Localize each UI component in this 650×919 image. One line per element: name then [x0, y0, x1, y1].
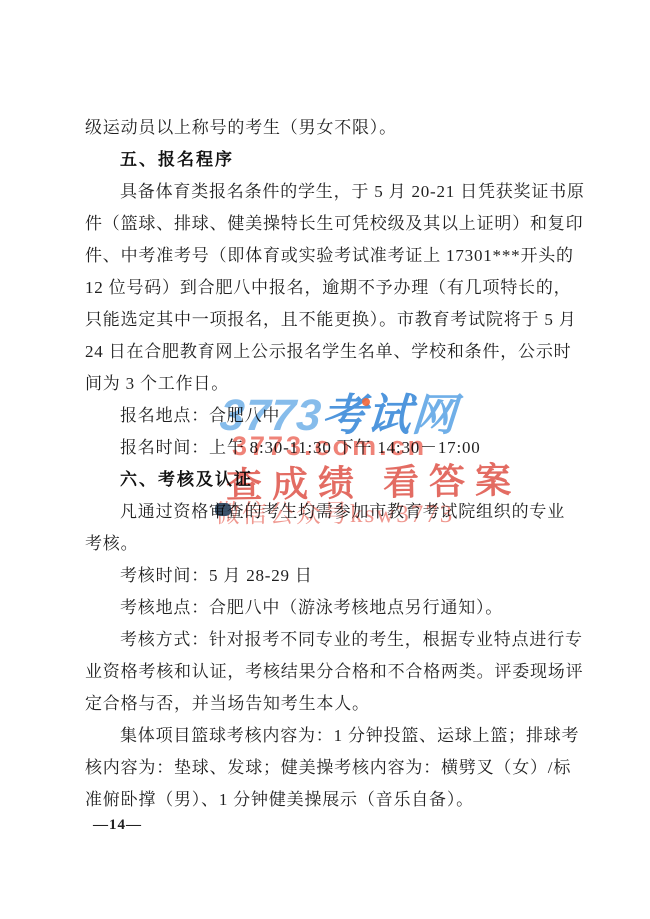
page-number: —14—	[93, 814, 142, 836]
document-line: 核内容为：垫球、发球；健美操考核内容为：横劈叉（女）/标	[85, 752, 585, 784]
document-line: 业资格考核和认证，考核结果分合格和不合格两类。评委现场评	[85, 656, 585, 688]
document-line: 集体项目篮球考核内容为：1 分钟投篮、运球上篮；排球考	[85, 720, 585, 752]
section-heading-6: 六、考核及认证	[85, 464, 585, 496]
document-line: 件、中考准考号（即体育或实验考试准考证上 17301***开头的	[85, 240, 585, 272]
document-line: 凡通过资格审查的考生均需参加市教育考试院组织的专业	[85, 496, 585, 528]
document-line: 考核方式：针对报考不同专业的考生，根据专业特点进行专	[85, 624, 585, 656]
document-line: 12 位号码）到合肥八中报名，逾期不予办理（有几项特长的，	[85, 272, 585, 304]
assessment-time-line: 考核时间：5 月 28-29 日	[85, 560, 585, 592]
document-line: 24 日在合肥教育网上公示报名学生名单、学校和条件，公示时	[85, 336, 585, 368]
document-line: 考核。	[85, 528, 585, 560]
document-line: 间为 3 个工作日。	[85, 368, 585, 400]
registration-place-line: 报名地点：合肥八中	[85, 400, 585, 432]
document-page: 级运动员以上称号的考生（男女不限）。 五、报名程序 具备体育类报名条件的学生，于…	[0, 0, 650, 919]
document-line: 件（篮球、排球、健美操特长生可凭校级及其以上证明）和复印	[85, 208, 585, 240]
document-line: 只能选定其中一项报名，且不能更换）。市教育考试院将于 5 月	[85, 304, 585, 336]
registration-time-line: 报名时间：上午 8:30-11:30 下午 14:30－17:00	[85, 432, 585, 464]
document-line: 准俯卧撑（男）、1 分钟健美操展示（音乐自备）。	[85, 784, 585, 816]
section-heading-5: 五、报名程序	[85, 144, 585, 176]
document-text-block: 级运动员以上称号的考生（男女不限）。 五、报名程序 具备体育类报名条件的学生，于…	[85, 112, 585, 816]
document-line: 具备体育类报名条件的学生，于 5 月 20-21 日凭获奖证书原	[85, 176, 585, 208]
document-line: 级运动员以上称号的考生（男女不限）。	[85, 112, 585, 144]
document-line: 定合格与否，并当场告知考生本人。	[85, 688, 585, 720]
assessment-place-line: 考核地点：合肥八中（游泳考核地点另行通知）。	[85, 592, 585, 624]
